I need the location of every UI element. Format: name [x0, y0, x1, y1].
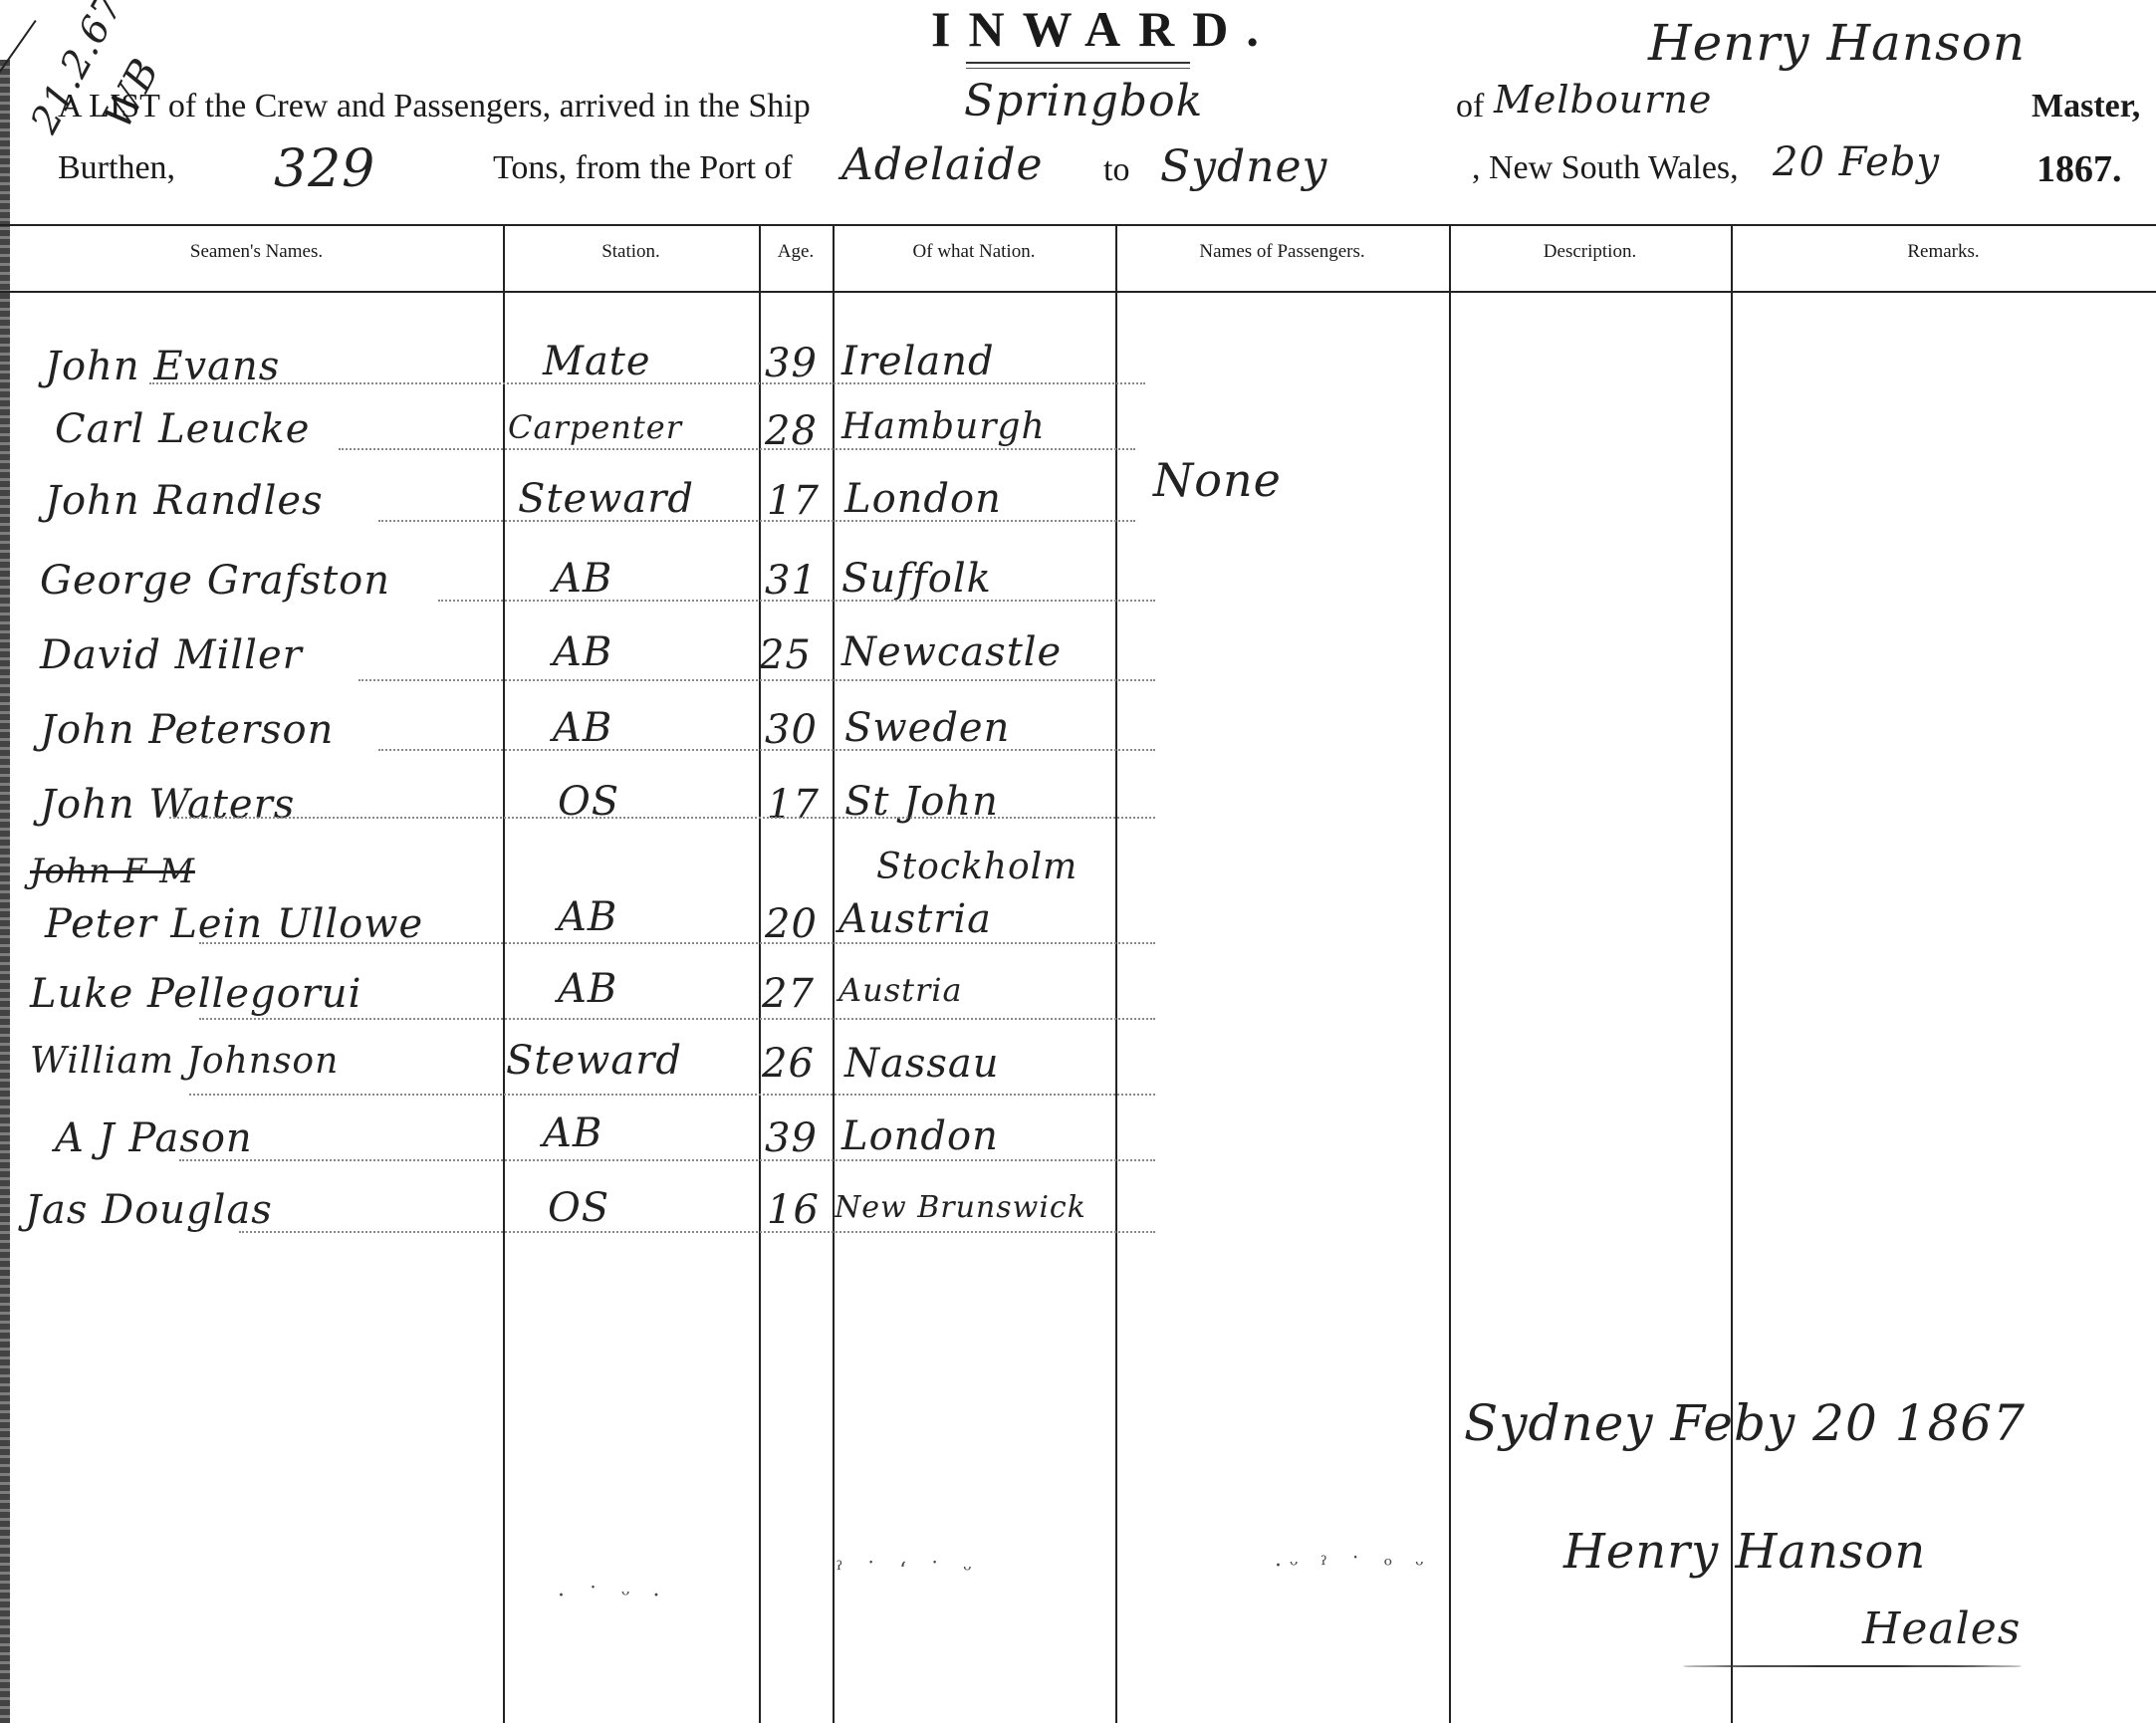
row-rule [149, 382, 1145, 384]
master-signature: Henry Hanson [1563, 1524, 1926, 1580]
crew-age: 17 [767, 478, 820, 524]
crew-age: 20 [765, 901, 818, 947]
crew-age: 39 [765, 341, 818, 386]
crew-nation: Hamburgh [841, 406, 1046, 447]
to-label: to [1103, 151, 1129, 189]
column-header-age: Age. [759, 241, 833, 263]
tons-label: Tons, from the Port of [493, 149, 793, 187]
crew-station: AB [553, 629, 612, 675]
table-header-bottom-rule [0, 291, 2156, 293]
crew-station: Mate [543, 339, 651, 384]
crew-nation: London [844, 476, 1002, 522]
crew-nation: Stockholm [876, 847, 1078, 887]
from-port-field: Adelaide [841, 139, 1044, 190]
crew-nation: Suffolk [841, 556, 992, 602]
crew-nation: London [841, 1113, 999, 1159]
master-label: Master, [2032, 88, 2140, 125]
form-title: INWARD. [931, 0, 1277, 58]
ship-name-field: Springbok [964, 76, 1203, 126]
master-name-field: Henry Hanson [1648, 14, 2026, 72]
footer-place-date: Sydney Feby 20 1867 [1464, 1394, 2026, 1452]
crew-age: 31 [765, 558, 818, 604]
crew-nation: Austria [838, 971, 963, 1009]
row-rule [378, 520, 1135, 522]
crew-name: George Grafston [40, 558, 390, 604]
crew-nation: Newcastle [841, 629, 1062, 675]
crew-age: 17 [767, 782, 820, 828]
crew-name: John Waters [40, 782, 295, 828]
colony-label: , New South Wales, [1472, 149, 1739, 187]
bleed-through-marks: ·ᵕ ˀ ˙ ᵒ ᵕ [1275, 1554, 1432, 1579]
column-header-remarks: Remarks. [1731, 241, 2156, 263]
crew-nation: Nassau [844, 1041, 1000, 1087]
crew-station: AB [558, 894, 617, 940]
crew-name: David Miller [40, 632, 303, 678]
crew-age: 30 [765, 707, 818, 753]
crew-station: Steward [506, 1038, 682, 1084]
row-rule [339, 448, 1135, 450]
row-rule [359, 679, 1155, 681]
crew-nation: New Brunswick [835, 1190, 1086, 1225]
burthen-label: Burthen, [58, 149, 175, 187]
column-header-seamen-names: Seamen's Names. [10, 241, 503, 263]
row-rule [179, 1159, 1155, 1161]
crew-age: 27 [762, 971, 815, 1017]
crew-name: John Randles [45, 478, 324, 524]
signature-flourish [1683, 1665, 2022, 1667]
title-underline [966, 62, 1190, 69]
crew-age: 39 [765, 1115, 818, 1161]
arrival-date-field: 20 Feby [1773, 139, 1940, 185]
of-label: of [1456, 88, 1484, 125]
column-header-description: Description. [1449, 241, 1731, 263]
crew-name: Luke Pellegorui [30, 971, 361, 1017]
page-left-edge [0, 60, 10, 1723]
crew-nation: Sweden [844, 705, 1010, 751]
crew-station: AB [558, 966, 617, 1012]
crew-name-struck: John F M [30, 852, 195, 891]
crew-nation: Ireland [841, 339, 995, 384]
crew-age: 26 [762, 1041, 815, 1087]
arrival-year: 1867. [2036, 147, 2122, 191]
crew-nation: Austria [838, 896, 992, 942]
crew-station: AB [553, 705, 612, 751]
passengers-entry: None [1153, 453, 1282, 507]
crew-name: Jas Douglas [25, 1187, 273, 1233]
column-divider-remarks [1731, 224, 1733, 1723]
column-header-station: Station. [503, 241, 759, 263]
bleed-through-marks: ˀ ˙ ʻ ˙ ᵕ [837, 1559, 980, 1584]
row-rule [378, 749, 1155, 751]
crew-station: Carpenter [508, 408, 682, 446]
row-rule [438, 600, 1155, 602]
bleed-through-marks: · ˙ ᵕ · [558, 1584, 667, 1608]
crew-name: Carl Leucke [55, 406, 310, 452]
crew-station: AB [553, 556, 612, 602]
table-top-rule [0, 224, 2156, 226]
row-rule [239, 1231, 1155, 1233]
to-port-field: Sydney [1160, 141, 1327, 192]
row-rule [189, 1094, 1155, 1096]
crew-age: 16 [767, 1187, 820, 1233]
tons-field: 329 [274, 139, 375, 199]
crew-name: A J Pason [55, 1115, 253, 1161]
home-port-field: Melbourne [1494, 78, 1712, 122]
row-rule [199, 1018, 1155, 1020]
crew-age: 25 [759, 632, 812, 678]
crew-station: OS [548, 1185, 609, 1231]
column-header-nation: Of what Nation. [833, 241, 1115, 263]
crew-name: John Peterson [40, 707, 334, 753]
form-line1-prefix: A LIST of the Crew and Passengers, arriv… [58, 88, 811, 125]
row-rule [169, 817, 1155, 819]
column-header-passenger-names: Names of Passengers. [1115, 241, 1449, 263]
crew-station: AB [543, 1110, 602, 1156]
column-divider-description [1449, 224, 1451, 1723]
official-signature: Heales [1862, 1603, 2021, 1654]
crew-name: Peter Lein Ullowe [45, 901, 423, 947]
crew-station: Steward [518, 476, 694, 522]
row-rule [199, 942, 1155, 944]
crew-name: William Johnson [30, 1041, 339, 1082]
